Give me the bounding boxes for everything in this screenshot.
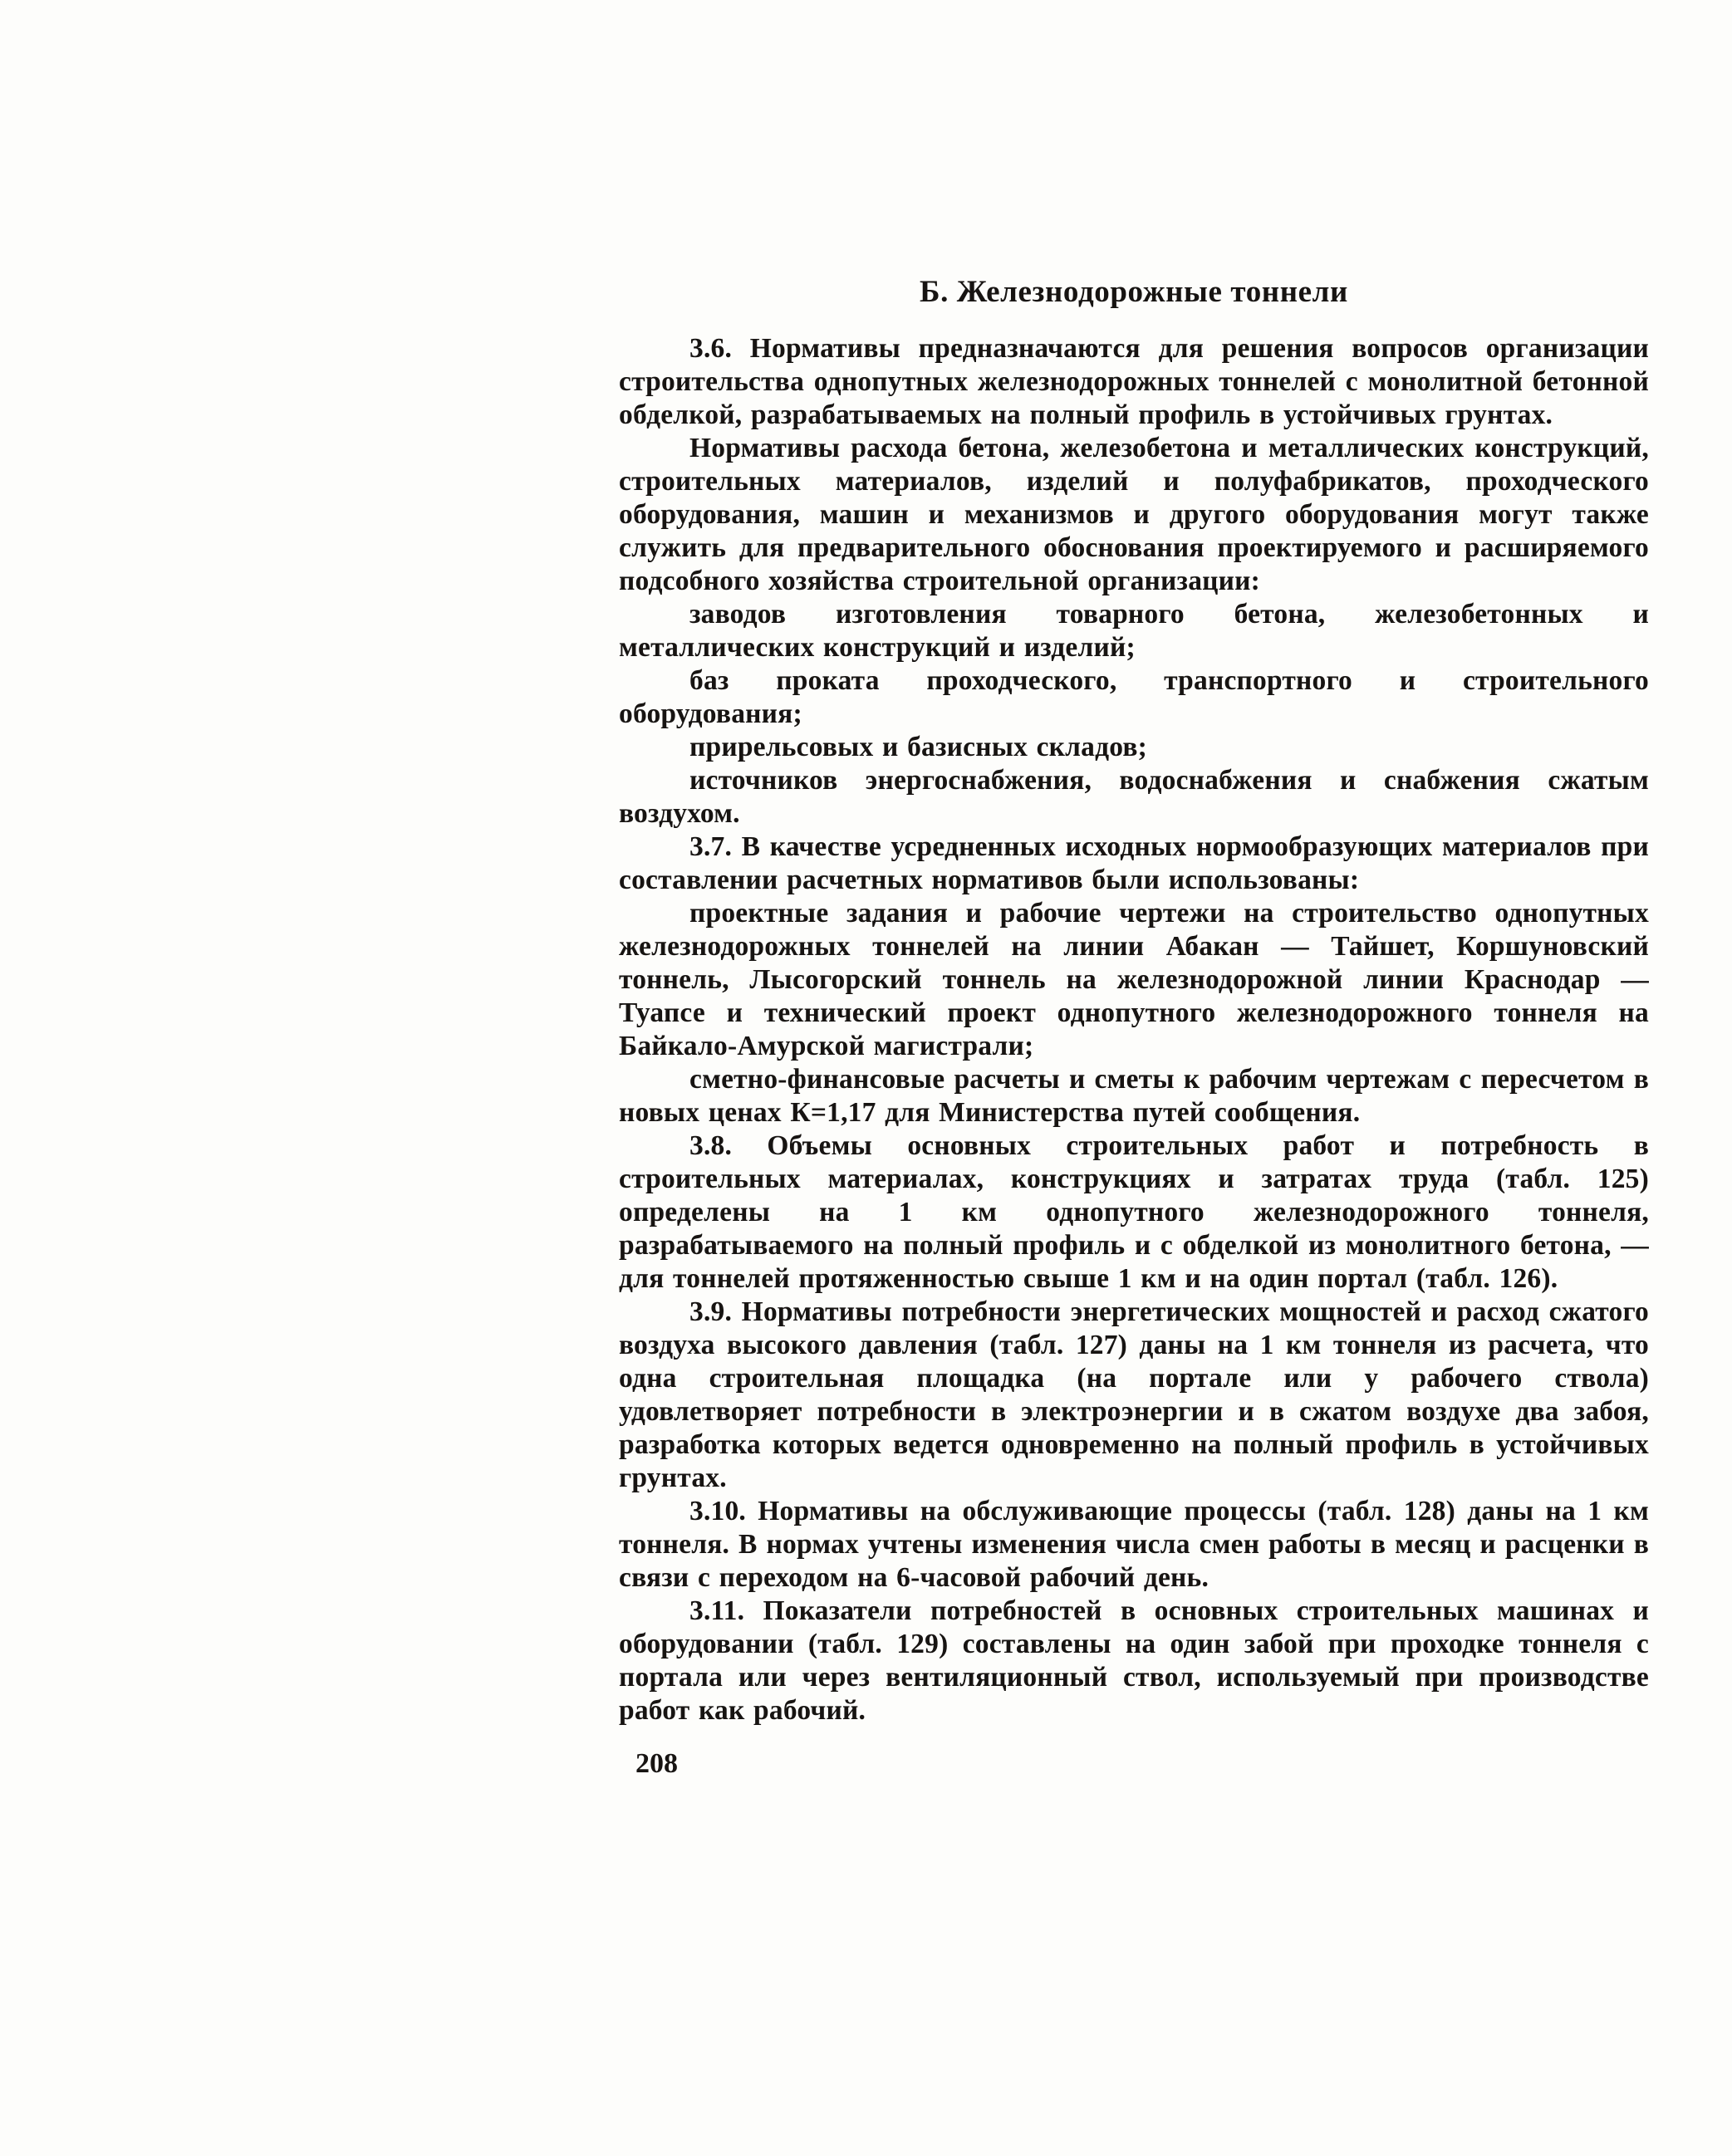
page-number: 208 — [619, 1747, 1649, 1781]
text-column: Б. Железнодорожные тоннели 3.6. Норматив… — [619, 274, 1649, 1781]
paragraph-3-7-item-1: проектные задания и рабочие чертежи на с… — [619, 897, 1649, 1063]
paragraph-3-7-item-2: сметно-финансовые расчеты и сметы к рабо… — [619, 1063, 1649, 1129]
list-item-rental: баз проката проходческого, транспортного… — [619, 664, 1649, 731]
document-page: Б. Железнодорожные тоннели 3.6. Норматив… — [0, 0, 1732, 2156]
paragraph-3-10: 3.10. Нормативы на обслуживающие процесс… — [619, 1495, 1649, 1595]
paragraph-3-11: 3.11. Показатели потребностей в основных… — [619, 1595, 1649, 1727]
paragraph-3-7: 3.7. В качестве усредненных исходных нор… — [619, 831, 1649, 897]
section-title: Б. Железнодорожные тоннели — [619, 274, 1649, 311]
list-item-plants: заводов изготовления товарного бетона, ж… — [619, 598, 1649, 664]
paragraph-3-6: 3.6. Нормативы предназначаются для решен… — [619, 332, 1649, 432]
list-item-warehouses: прирельсовых и базисных складов; — [619, 731, 1649, 764]
paragraph-3-9: 3.9. Нормативы потребности энергетически… — [619, 1296, 1649, 1495]
paragraph-3-8: 3.8. Объемы основных строительных работ … — [619, 1129, 1649, 1296]
paragraph-3-6-cont: Нормативы расхода бетона, железобетона и… — [619, 432, 1649, 598]
list-item-sources: источников энергоснабжения, водоснабжени… — [619, 764, 1649, 831]
